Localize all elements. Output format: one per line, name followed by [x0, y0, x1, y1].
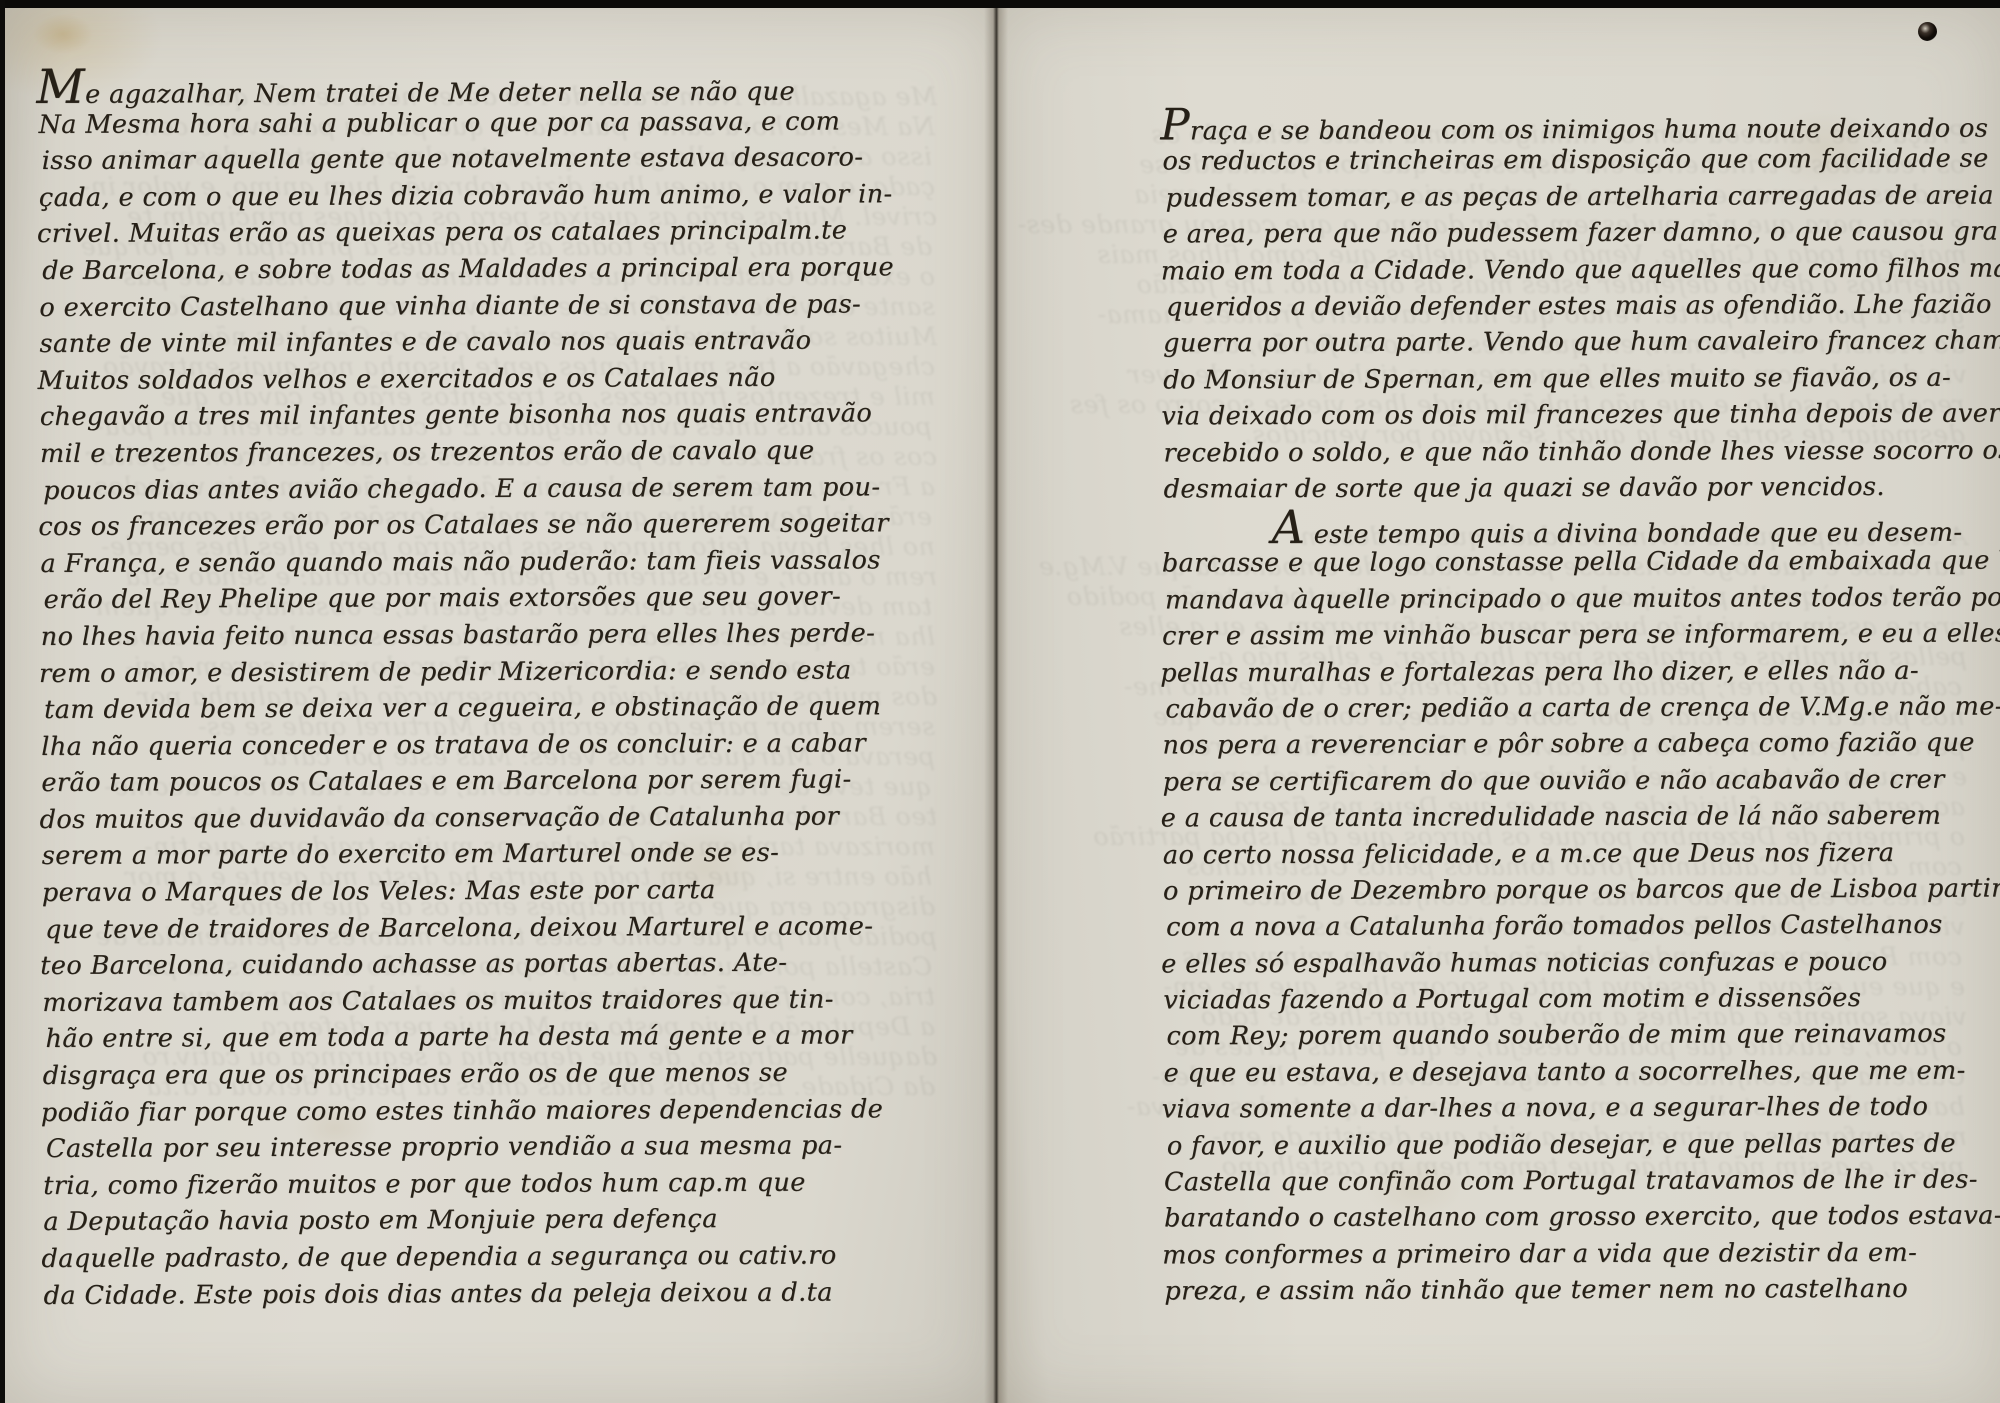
manuscript-line: cos os francezes erão por os Catalaes se…: [38, 505, 940, 546]
manuscript-line: podião fiar porque como estes tinhão mai…: [41, 1091, 943, 1132]
manuscript-line: Me agazalhar, Nem tratei de Me deter nel…: [36, 66, 938, 107]
manuscript-line: e que eu estava, e desejava tanto a soco…: [1164, 1052, 1974, 1091]
manuscript-line: preza, e assim não tinhão que temer nem …: [1164, 1271, 1974, 1310]
manuscript-photo: Me agazalhar, Nem tratei de Me deter nel…: [0, 0, 2000, 1403]
manuscript-line: pera se certificarem do que ouvião e não…: [1162, 761, 1972, 800]
manuscript-line: dos muitos que duvidavão da conservação …: [39, 798, 941, 839]
manuscript-line: com a nova a Catalunha forão tomados pel…: [1166, 907, 1973, 946]
manuscript-line: disgraça era que os principaes erão os d…: [43, 1054, 943, 1095]
manuscript-line: poucos dias antes avião chegado. E a cau…: [43, 469, 940, 510]
manuscript-line: de Barcelona, e sobre todas as Maldades …: [42, 249, 939, 290]
manuscript-line: teo Barcelona, cuidando achasse as porta…: [40, 944, 942, 985]
manuscript-line: chegavão a tres mil infantes gente bison…: [40, 395, 940, 436]
manuscript-line: e elles só espalhavão humas noticias con…: [1161, 943, 1973, 982]
manuscript-line: com Rey; porem quando souberão de mim qu…: [1166, 1016, 1973, 1055]
manuscript-line: Muitos soldados velhos e exercitados e o…: [38, 359, 940, 400]
manuscript-line: mandava àquelle principado o que muitos …: [1165, 579, 1972, 618]
manuscript-line: daquelle padrasto, de que dependia a seg…: [41, 1237, 943, 1278]
manuscript-line: serem a mor parte do exercito em Marture…: [42, 835, 942, 876]
manuscript-line: da Cidade. Este pois dois dias antes da …: [44, 1274, 944, 1315]
manuscript-line: pudessem tomar, e as peças de artelharia…: [1166, 177, 1973, 216]
manuscript-line: erão tam poucos os Catalaes e em Barcelo…: [41, 761, 941, 802]
manuscript-line: ao certo nossa felicidade, e a m.ce que …: [1163, 834, 1973, 873]
manuscript-line: morizava tambem aos Catalaes os muitos t…: [42, 981, 942, 1022]
manuscript-line: maio em toda a Cidade. Vendo que aquelle…: [1161, 250, 1973, 289]
left-page-text: Me agazalhar, Nem tratei de Me deter nel…: [38, 66, 943, 1314]
manuscript-line: o exercito Castelhano que vinha diante d…: [39, 286, 939, 327]
binding-gutter: [984, 8, 1008, 1403]
manuscript-line: crivel. Muitas erão as queixas pera os c…: [37, 212, 939, 253]
manuscript-line: perava o Marques de los Veles: Mas este …: [42, 871, 942, 912]
manuscript-line: queridos a devião defender estes mais as…: [1166, 287, 1973, 326]
manuscript-line: sante de vinte mil infantes e de cavalo …: [39, 322, 939, 363]
manuscript-line: rem o amor, e desistirem de pedir Mizeri…: [39, 652, 941, 693]
manuscript-line: mos conformes a primeiro dar a vida que …: [1162, 1234, 1974, 1273]
manuscript-line: lha não queria conceder e os tratava de …: [41, 725, 941, 766]
manuscript-line: no lhes havia feito nunca essas bastarão…: [41, 615, 941, 656]
manuscript-line: os reductos e trincheiras em disposição …: [1162, 141, 1972, 180]
left-page: Me agazalhar, Nem tratei de Me deter nel…: [5, 8, 995, 1403]
manuscript-line: barcasse e que logo constasse pella Cida…: [1162, 543, 1972, 582]
manuscript-line: crer e assim me vinhão buscar pera se in…: [1162, 616, 1972, 655]
manuscript-line: que teve de traidores de Barcelona, deix…: [45, 908, 942, 949]
manuscript-line: isso animar aquella gente que notavelmen…: [42, 139, 939, 180]
manuscript-line: çada, e com o que eu lhes dizia cobravão…: [39, 176, 939, 217]
ink-blot: [1918, 22, 1937, 41]
manuscript-line: tam devida bem se deixa ver a cegueira, …: [44, 688, 941, 729]
manuscript-line: e area, pera que não pudessem fazer damn…: [1163, 214, 1973, 253]
right-page-paragraph-1: Praça e se bandeou com os inimigos huma …: [1162, 105, 1973, 508]
right-page: Praça e se bandeou com os inimigos huma …: [995, 8, 2000, 1403]
manuscript-line: Castella que confinão com Portugal trata…: [1164, 1162, 1974, 1201]
manuscript-line: o favor, e auxilio que podião desejar, e…: [1167, 1125, 1974, 1164]
manuscript-line: do Monsiur de Spernan, em que elles muit…: [1163, 359, 1973, 398]
manuscript-line: hão entre si, que em toda a parte ha des…: [45, 1017, 942, 1058]
manuscript-line: A este tempo quis a divina bondade que e…: [1160, 507, 1972, 546]
manuscript-line: viava somente a dar-lhes a nova, e a seg…: [1162, 1089, 1974, 1128]
manuscript-line: Praça e se bandeou com os inimigos huma …: [1160, 105, 1972, 144]
photo-edge-top: [0, 0, 2000, 8]
manuscript-line: baratando o castelhano com grosso exerci…: [1164, 1198, 1974, 1237]
manuscript-line: mil e trezentos francezes, os trezentos …: [40, 432, 940, 473]
manuscript-line: Na Mesma hora sahi a publicar o que por …: [38, 103, 938, 144]
manuscript-line: cabavão de o crer; pedião a carta de cre…: [1165, 689, 1972, 728]
manuscript-line: recebido o soldo, e que não tinhão donde…: [1163, 432, 1973, 471]
manuscript-line: erão del Rey Phelipe que por mais extors…: [44, 578, 941, 619]
manuscript-line: guerra por outra parte. Vendo que hum ca…: [1163, 323, 1973, 362]
manuscript-line: tria, como fizerão muitos e por que todo…: [43, 1164, 943, 1205]
manuscript-line: e a causa de tanta incredulidade nascia …: [1161, 798, 1973, 837]
manuscript-line: pellas muralhas e fortalezas pera lho di…: [1160, 652, 1972, 691]
manuscript-line: a França, e senão quando mais não puderã…: [40, 542, 940, 583]
manuscript-line: nos pera a reverenciar e pôr sobre a cab…: [1162, 725, 1972, 764]
paper-stain: [33, 14, 93, 54]
manuscript-line: o primeiro de Dezembro porque os barcos …: [1163, 870, 1973, 909]
manuscript-line: a Deputação havia posto em Monjuie pera …: [43, 1200, 943, 1241]
manuscript-line: via deixado com os dois mil francezes qu…: [1161, 396, 1973, 435]
manuscript-line: viciadas fazendo a Portugal com motim e …: [1163, 980, 1973, 1019]
photo-edge-left: [0, 0, 5, 1403]
right-page-paragraph-2: A este tempo quis a divina bondade que e…: [1162, 507, 1975, 1310]
manuscript-line: Castella por seu interesse proprio vendi…: [46, 1127, 943, 1168]
